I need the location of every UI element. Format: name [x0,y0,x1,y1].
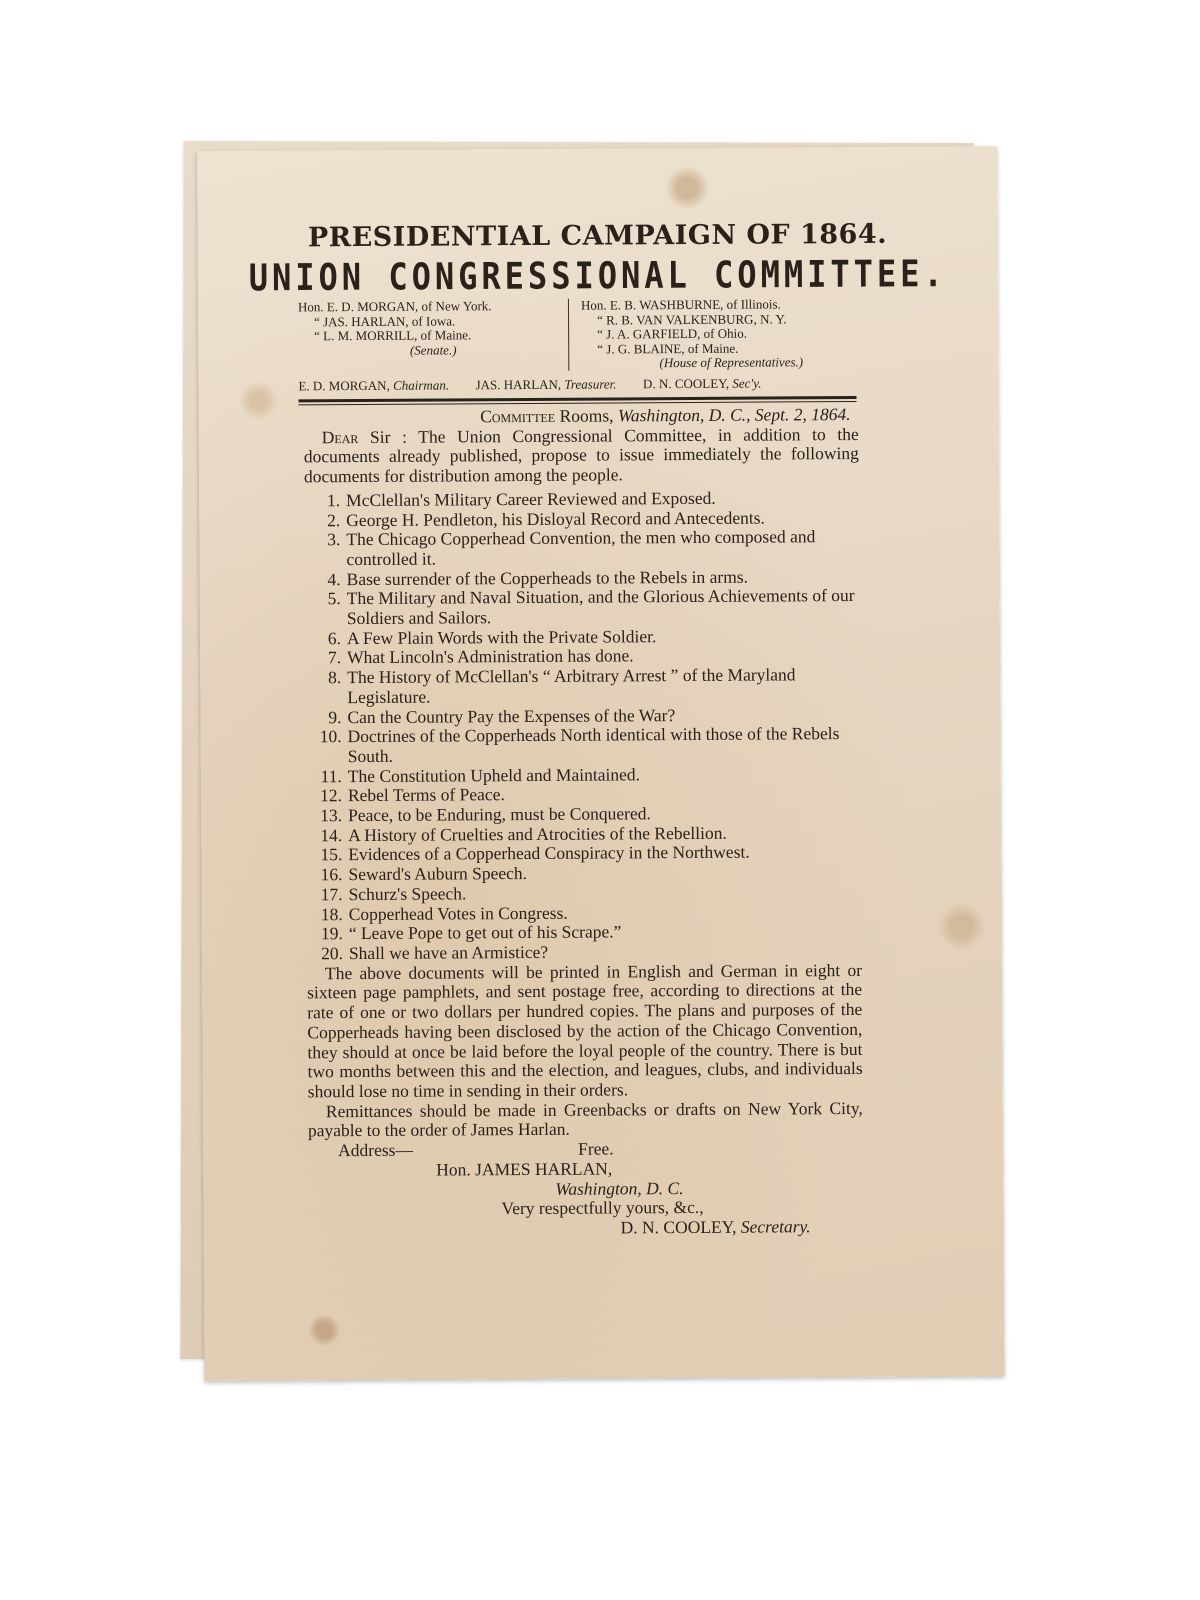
secretary-title: Sec'y. [732,376,761,391]
address-row: Address— Free. [308,1138,863,1161]
chairman-name: E. D. MORGAN, [298,378,389,394]
item-number: 19. [307,924,349,944]
item-number: 13. [306,806,348,826]
item-number: 20. [307,944,349,964]
treasurer-name: JAS. HARLAN, [475,377,561,393]
item-number: 4. [305,570,347,590]
item-number: 5. [305,589,347,629]
officers-line: E. D. MORGAN, Chairman. JAS. HARLAN, Tre… [298,375,898,395]
document-list-item: 3.The Chicago Copperhead Convention, the… [304,527,859,570]
chairman-title: Chairman. [393,377,449,392]
item-text: The Chicago Copperhead Convention, the m… [346,527,859,570]
signature-title: Secretary. [741,1216,811,1236]
item-number: 8. [305,668,347,708]
treasurer-title: Treasurer. [564,376,616,391]
house-label: (House of Representatives.) [581,355,881,371]
item-number: 9. [305,708,347,728]
salutation: Dear [322,427,359,447]
free-label: Free. [578,1139,614,1159]
item-text: Doctrines of the Copperheads North ident… [348,724,861,767]
senate-label: (Senate.) [298,342,568,358]
committee-name: UNION CONGRESSIONAL COMMITTEE. [198,251,998,300]
document-list-item: 5.The Military and Naval Situation, and … [305,586,860,629]
item-number: 14. [306,826,348,846]
member-line: “ L. M. MORRILL, of Maine. [298,328,568,344]
secretary-name: D. N. COOLEY, [643,376,729,392]
document-list-item: 8.The History of McClellan's “ Arbitrary… [305,665,860,708]
item-number: 10. [306,727,348,767]
item-number: 16. [306,865,348,885]
item-number: 18. [307,905,349,925]
signature-name: D. N. COOLEY, [621,1217,737,1238]
item-number: 6. [305,629,347,649]
item-number: 7. [305,649,347,669]
address-label: Address— [338,1141,413,1161]
item-number: 2. [304,511,346,531]
item-number: 15. [306,846,348,866]
senate-members: Hon. E. D. MORGAN, of New York. “ JAS. H… [298,299,568,359]
document-list-item: 10.Doctrines of the Copperheads North id… [306,724,861,767]
remittance-paragraph: Remittances should be made in Greenbacks… [308,1099,863,1142]
column-divider [568,299,569,371]
item-text: The History of McClellan's “ Arbitrary A… [347,665,860,708]
intro-paragraph: Dear Sir : The Union Congressional Commi… [304,425,859,487]
document-list: 1.McClellan's Military Career Reviewed a… [304,488,862,964]
item-number: 1. [304,491,346,511]
member-line: Hon. E. D. MORGAN, of New York. [298,299,568,315]
house-members: Hon. E. B. WASHBURNE, of Illinois. “ R. … [581,297,881,371]
item-number: 11. [306,767,348,787]
broadside-sheet: PRESIDENTIAL CAMPAIGN OF 1864. UNION CON… [197,146,1004,1381]
item-number: 17. [306,885,348,905]
item-number: 3. [304,530,346,570]
letter-body: Committee Rooms, Washington, D. C., Sept… [304,405,864,1240]
item-number: 12. [306,786,348,806]
distribution-paragraph: The above documents will be printed in E… [307,961,863,1102]
item-text: The Military and Naval Situation, and th… [347,586,860,629]
committee-members: Hon. E. D. MORGAN, of New York. “ JAS. H… [298,297,878,376]
signature: D. N. COOLEY, Secretary. [309,1217,864,1240]
document-title: PRESIDENTIAL CAMPAIGN OF 1864. [197,218,997,254]
